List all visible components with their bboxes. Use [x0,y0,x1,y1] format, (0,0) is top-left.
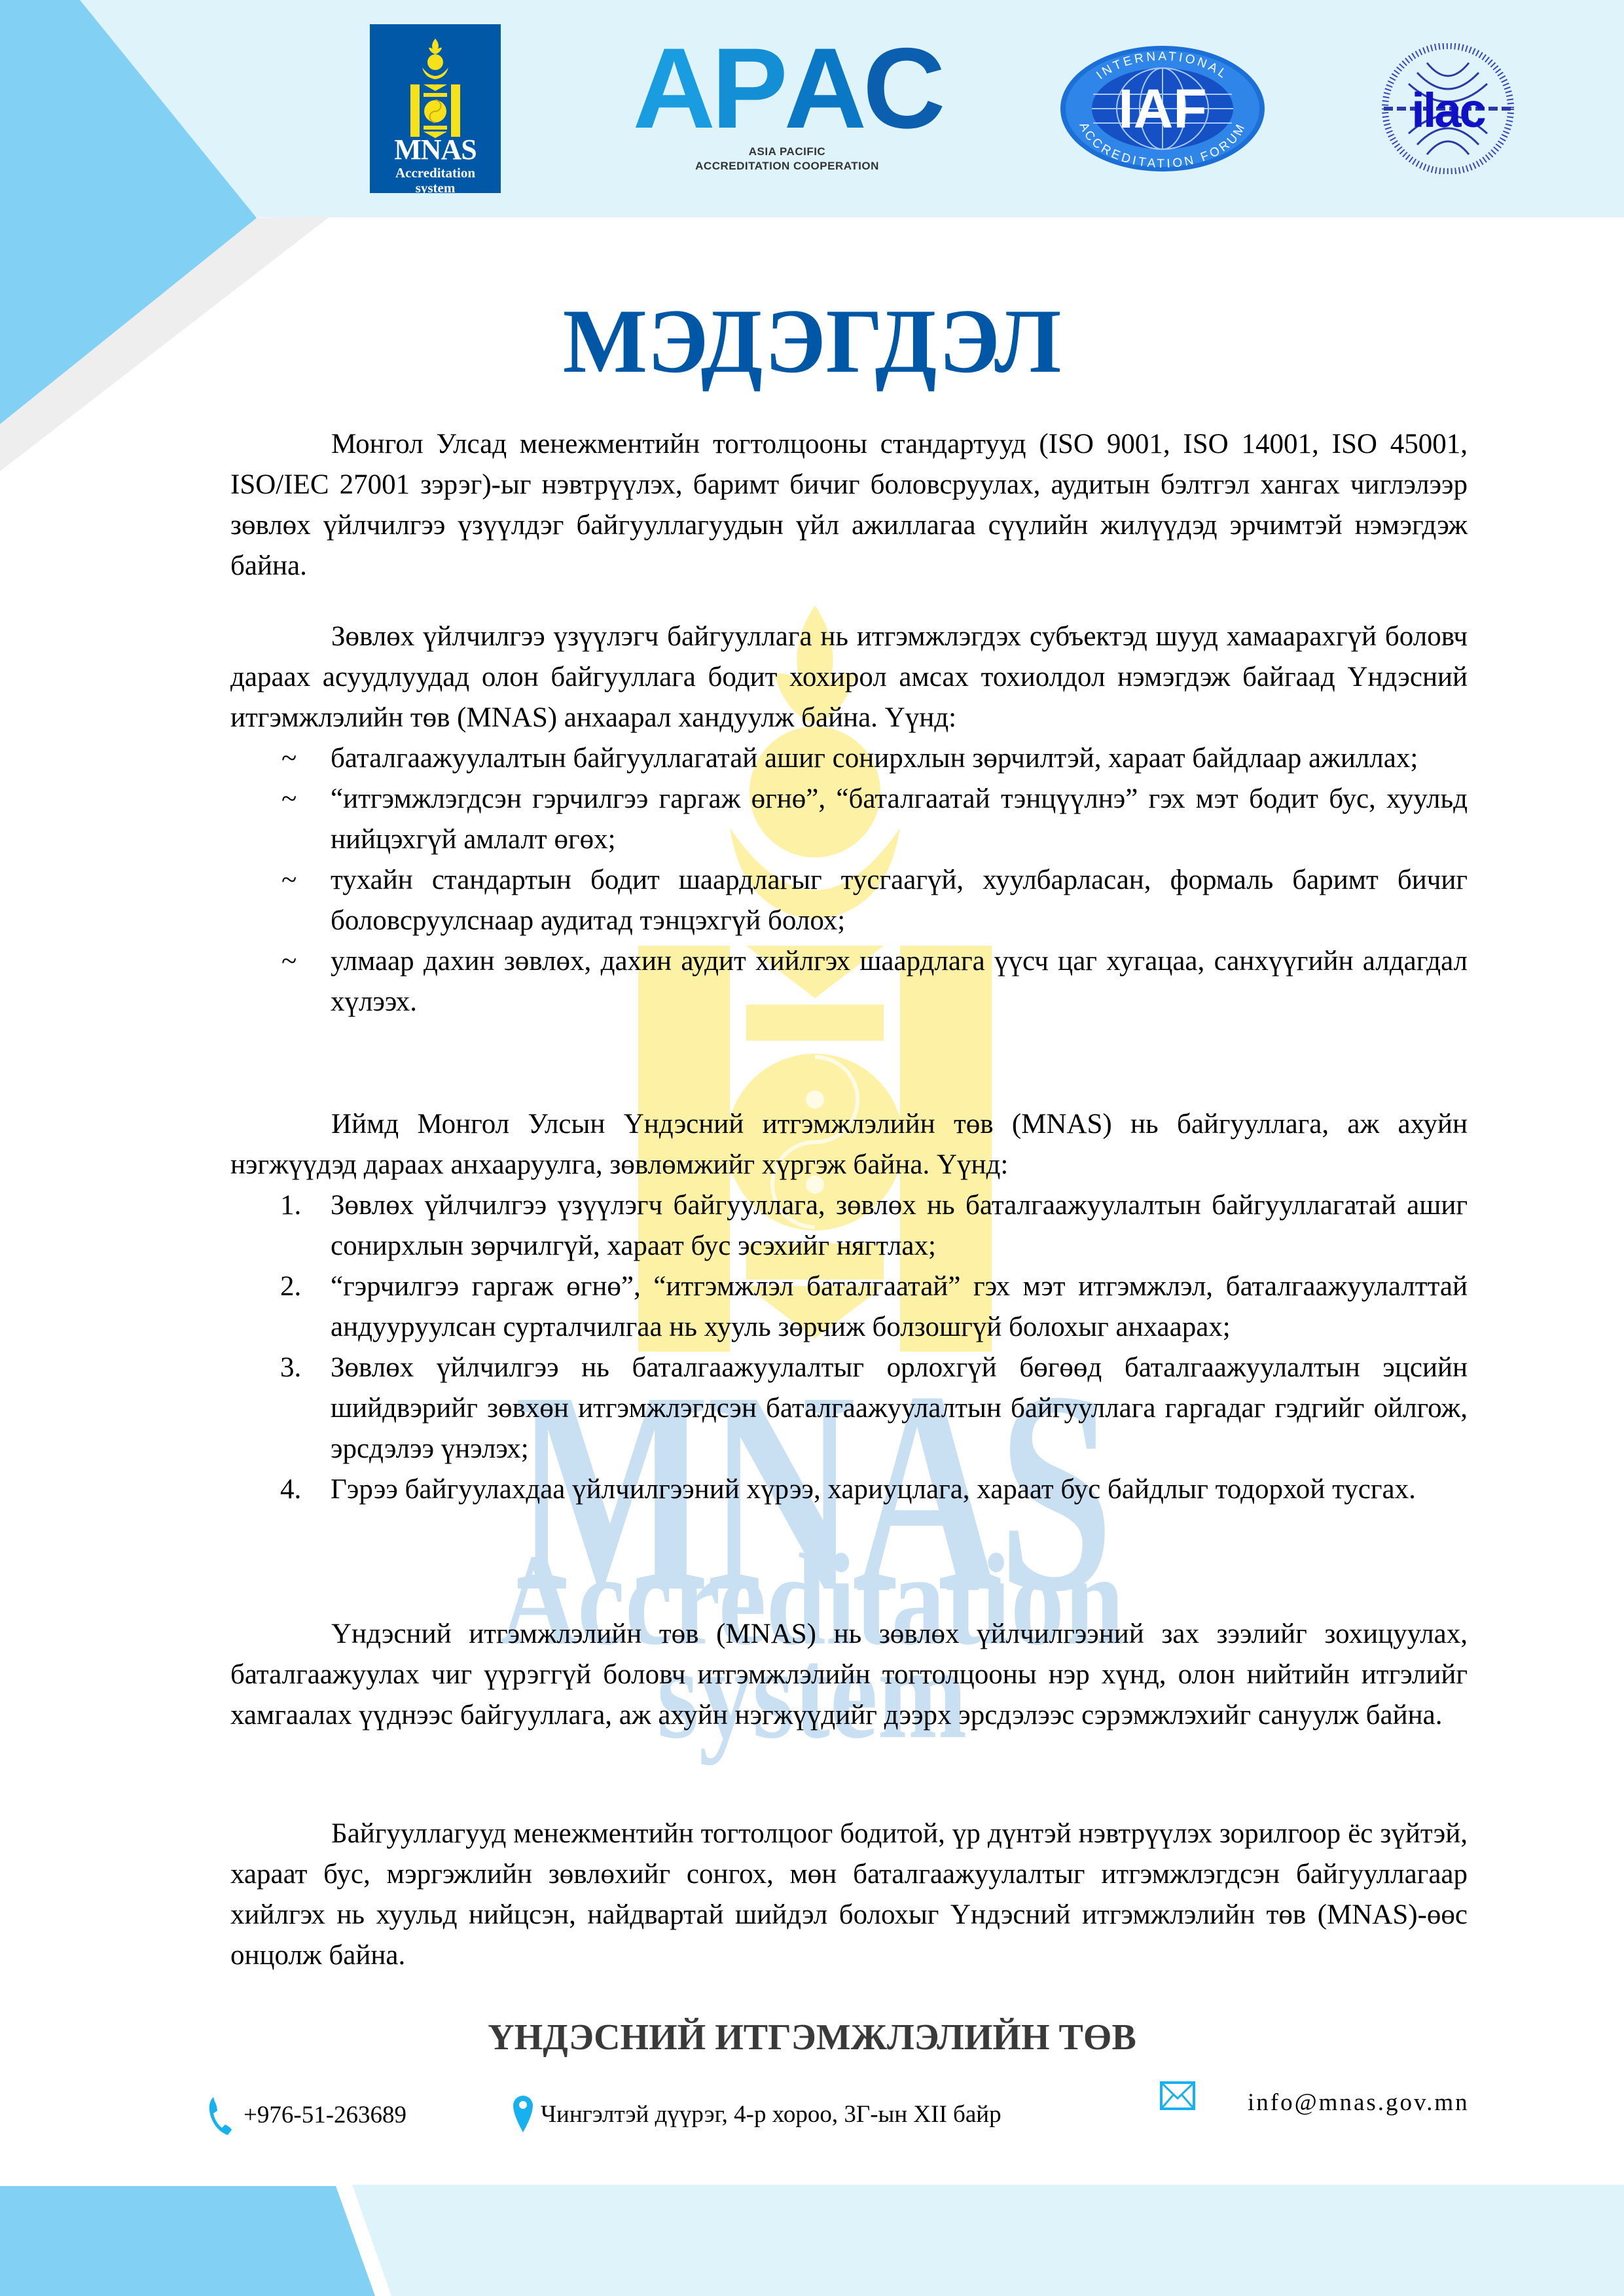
list-item-text: “гэрчилгээ гаргаж өгнө”, “итгэмжлэл бата… [331,1271,1468,1342]
paragraph-recommendations-text: Иймд Монгол Улсын Үндэсний итгэмжлэлийн … [230,1104,1468,1185]
issues-list: ~баталгаажуулалтын байгууллагатай ашиг с… [230,738,1468,1022]
list-item-text: Гэрээ байгуулахдаа үйлчилгээний хүрээ, х… [331,1474,1416,1505]
mnas-logo-title: MNAS [370,135,501,164]
paragraph-recommendations: Иймд Монгол Улсын Үндэсний итгэмжлэлийн … [230,1104,1468,1510]
list-item-text: “итгэмжлэгдсэн гэрчилгээ гаргаж өгнө”, “… [331,783,1468,855]
list-item: 1.Зөвлөх үйлчилгээ үзүүлэгч байгууллага,… [230,1185,1468,1266]
list-item: 2.“гэрчилгээ гаргаж өгнө”, “итгэмжлэл ба… [230,1266,1468,1348]
mnas-logo-system: system [370,181,501,195]
iaf-logo: IAF INTERNATIONAL ACCREDITATION FORUM [1059,45,1266,173]
phone-number[interactable]: +976-51-263689 [244,2103,406,2127]
contact-address: Чингэлтэй дүүрэг, 4-р хороо, 3Г-ын XII б… [512,2094,1001,2134]
list-number: 3. [280,1348,301,1388]
mnas-logo-subtitle: Accreditation [370,166,501,180]
paragraph-issues-text: Зөвлөх үйлчилгээ үзүүлэгч байгууллага нь… [230,617,1468,738]
recommendations-list: 1.Зөвлөх үйлчилгээ үзүүлэгч байгууллага,… [230,1185,1468,1510]
list-item: ~“итгэмжлэгдсэн гэрчилгээ гаргаж өгнө”, … [230,779,1468,860]
list-item: 3.Зөвлөх үйлчилгээ нь баталгаажуулалтыг … [230,1348,1468,1469]
envelope-icon [1160,2081,1195,2110]
list-number: 2. [280,1266,301,1307]
paragraph-conclusion: Байгууллагууд менежментийн тогтолцоог бо… [230,1814,1468,1976]
list-item: ~улмаар дахин зөвлөх, дахин аудит хийлгэ… [230,941,1468,1022]
ilac-center-text: ilac [1411,83,1485,137]
organization-name: ҮНДЭСНИЙ ИТГЭМЖЛЭЛИЙН ТӨВ [0,2016,1624,2060]
list-item-text: баталгаажуулалтын байгууллагатай ашиг со… [331,743,1418,774]
paragraph-issues: Зөвлөх үйлчилгээ үзүүлэгч байгууллага нь… [230,617,1468,1022]
list-item-text: улмаар дахин зөвлөх, дахин аудит хийлгэх… [331,946,1468,1017]
page-title: МЭДЭГДЭЛ [16,296,1608,387]
address-text: Чингэлтэй дүүрэг, 4-р хороо, 3Г-ын XII б… [541,2102,1001,2126]
mnas-logo: MNAS Accreditation system [370,24,501,193]
list-number: 4. [280,1469,301,1510]
paragraph-conclusion-text: Байгууллагууд менежментийн тогтолцоог бо… [230,1814,1468,1976]
list-item-text: Зөвлөх үйлчилгээ нь баталгаажуулалтыг ор… [331,1352,1468,1464]
paragraph-mnas-warning-text: Үндэсний итгэмжлэлийн төв (MNAS) нь зөвл… [230,1614,1468,1736]
apac-subtitle-line2: ACCREDITATION COOPERATION [625,160,949,171]
list-item: ~баталгаажуулалтын байгууллагатай ашиг с… [230,738,1468,779]
apac-wordmark: APAC [625,31,949,146]
ilac-logo: ilac [1381,43,1515,174]
list-number: 1. [280,1185,301,1226]
tilde-bullet-icon: ~ [281,779,297,819]
paragraph-intro-text: Монгол Улсад менежментийн тогтолцооны ст… [230,424,1468,586]
list-item-text: тухайн стандартын бодит шаардлагыг тусга… [331,865,1468,936]
paragraph-intro: Монгол Улсад менежментийн тогтолцооны ст… [230,424,1468,586]
iaf-center-text: IAF [1118,78,1206,139]
footer-decoration [0,2179,1624,2296]
email-link[interactable]: info@mnas.gov.mn [1248,2090,1470,2115]
paragraph-mnas-warning: Үндэсний итгэмжлэлийн төв (MNAS) нь зөвл… [230,1614,1468,1736]
location-pin-icon [512,2094,534,2134]
phone-icon [208,2094,241,2135]
tilde-bullet-icon: ~ [281,738,297,779]
list-item: 4.Гэрээ байгуулахдаа үйлчилгээний хүрээ,… [230,1469,1468,1510]
contact-phone[interactable]: +976-51-263689 [208,2094,406,2135]
apac-subtitle-line1: ASIA PACIFIC [625,146,949,157]
contact-email[interactable]: info@mnas.gov.mn [1160,2090,1470,2115]
list-item-text: Зөвлөх үйлчилгээ үзүүлэгч байгууллага, з… [331,1190,1468,1261]
list-item: ~тухайн стандартын бодит шаардлагыг тусг… [230,860,1468,941]
apac-logo: APAC ASIA PACIFIC ACCREDITATION COOPERAT… [625,41,949,175]
tilde-bullet-icon: ~ [281,941,297,982]
tilde-bullet-icon: ~ [281,860,297,901]
